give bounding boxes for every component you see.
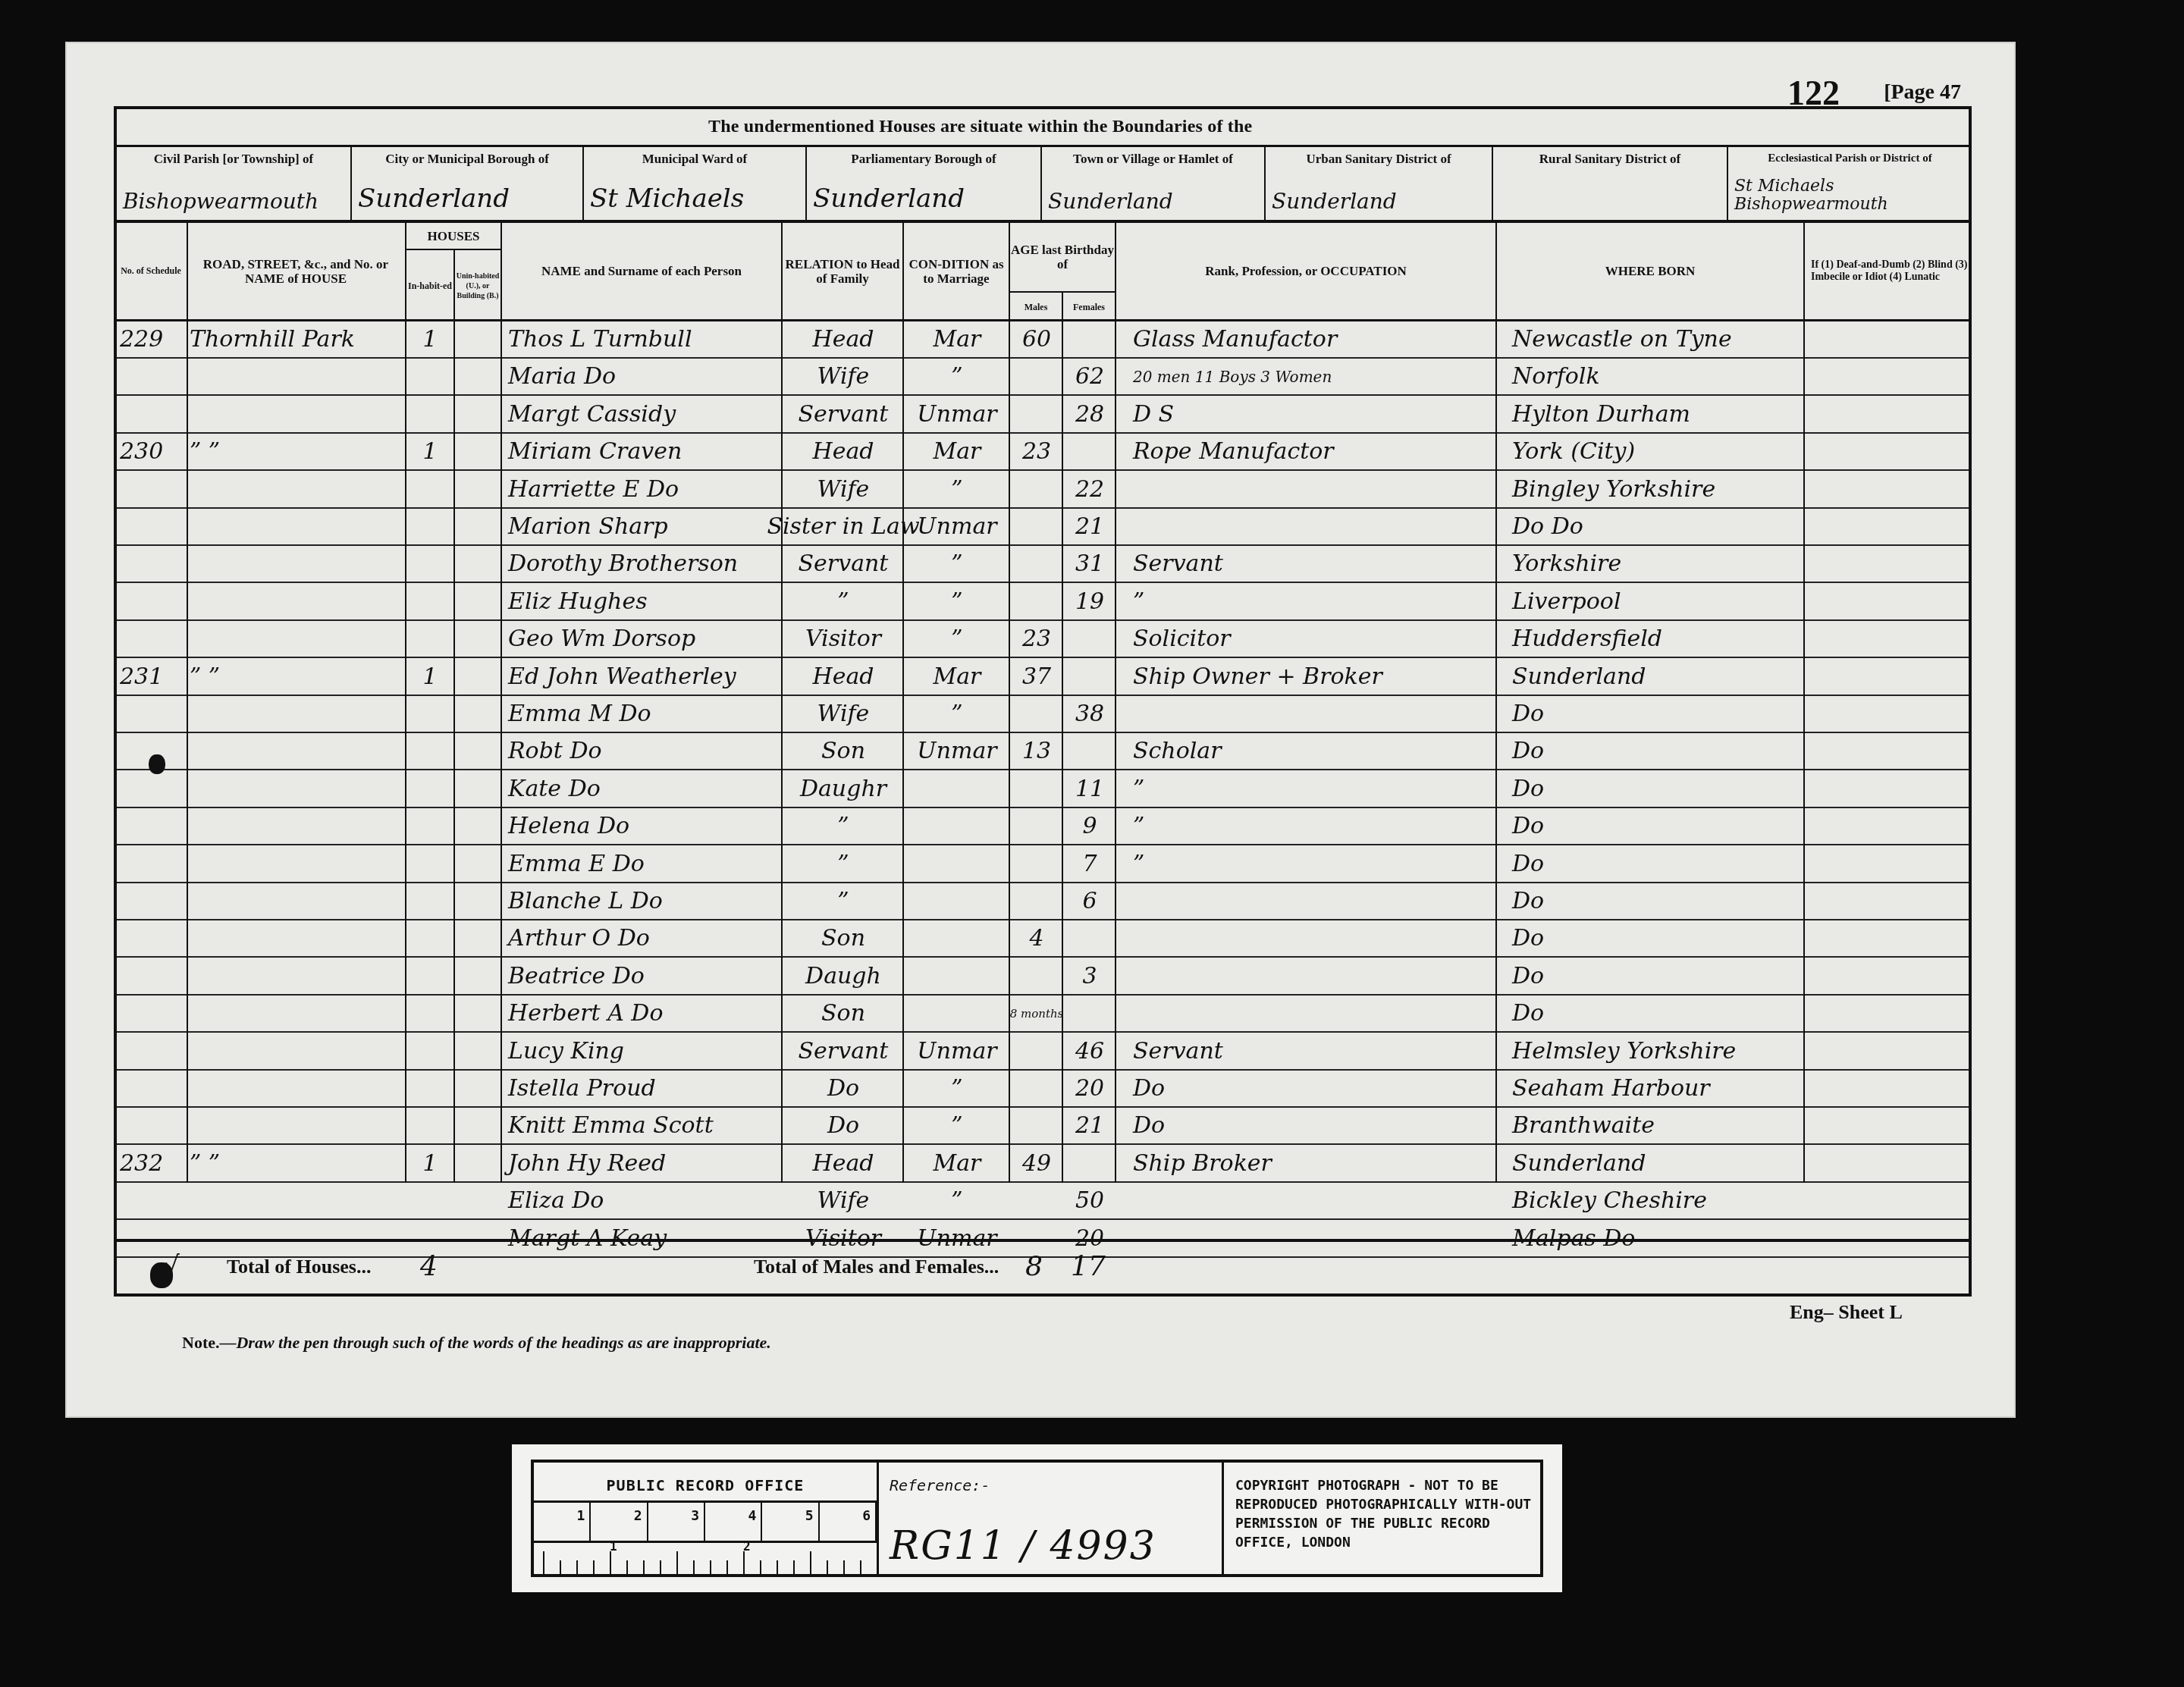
cell-occupation: D S <box>1133 397 1489 432</box>
cell-where-born: Yorkshire <box>1512 546 1803 582</box>
district-value: St Michaels Bishopwearmouth <box>1734 177 1969 214</box>
cell-schedule <box>120 1108 185 1143</box>
column-divider <box>500 223 502 1183</box>
table-row: Marion SharpSister in LawUnmar21Do Do <box>117 509 1969 546</box>
cell-occupation <box>1133 472 1489 507</box>
cell-female-age <box>1065 1146 1115 1181</box>
cell-schedule <box>120 397 185 432</box>
reference-label: Reference:- <box>890 1476 990 1494</box>
ruler-tick <box>843 1560 845 1574</box>
cell-road <box>190 696 402 732</box>
cell-condition <box>905 771 1009 807</box>
district-value: St Michaels <box>590 183 802 214</box>
cell-schedule <box>120 1071 185 1106</box>
reference-box: Reference:- RG11 / 4993 <box>879 1463 1224 1574</box>
cell-condition: Mar <box>905 434 1009 469</box>
table-row: Beatrice DoDaugh3Do <box>117 958 1969 996</box>
cell-male-age: 37 <box>1012 659 1062 695</box>
cell-name: Thos L Turnbull <box>508 321 781 357</box>
cell-schedule <box>120 621 185 657</box>
cell-road <box>190 996 402 1031</box>
table-row: Lucy KingServantUnmar46ServantHelmsley Y… <box>117 1033 1969 1071</box>
cell-male-age: 4 <box>1012 920 1062 956</box>
ruler-tick <box>643 1560 645 1574</box>
column-divider <box>453 250 455 1183</box>
cell-inhabited: 1 <box>406 321 453 357</box>
cell-occupation: ” <box>1133 584 1489 619</box>
cell-relation: ” <box>784 846 902 882</box>
cell-condition: Unmar <box>905 397 1009 432</box>
cell-schedule <box>120 359 185 394</box>
cell-relation: Wife <box>784 696 902 732</box>
cell-name: Miriam Craven <box>508 434 781 469</box>
cell-occupation: Do <box>1133 1071 1489 1106</box>
cell-name: Maria Do <box>508 359 781 394</box>
cell-inhabited <box>406 546 453 582</box>
district-value: Sunderland <box>1048 189 1261 214</box>
ink-blot <box>149 754 165 774</box>
office-name: PUBLIC RECORD OFFICE <box>534 1476 877 1503</box>
header-condition: CON-DITION as to Marriage <box>904 223 1009 319</box>
cell-male-age <box>1012 696 1062 732</box>
cell-relation: Son <box>784 920 902 956</box>
cell-male-age <box>1012 958 1062 994</box>
copyright-notice: COPYRIGHT PHOTOGRAPH - NOT TO BE REPRODU… <box>1235 1476 1539 1552</box>
cell-name: Arthur O Do <box>508 920 781 956</box>
cell-occupation <box>1133 509 1489 544</box>
ruler-cm-mark: 5 <box>762 1503 819 1541</box>
cell-relation: Sister in Law <box>784 509 902 544</box>
cell-condition: Unmar <box>905 509 1009 544</box>
table-row: Knitt Emma ScottDo”21DoBranthwaite <box>117 1108 1969 1145</box>
cell-condition: ” <box>905 1071 1009 1106</box>
header-males: Males <box>1010 291 1062 321</box>
district-municipal-borough: City or Municipal Borough of Sunderland <box>352 147 584 220</box>
cell-schedule <box>120 920 185 956</box>
cell-male-age: 60 <box>1012 321 1062 357</box>
cell-road <box>190 808 402 844</box>
ruler-tick <box>860 1560 861 1574</box>
cell-relation: Wife <box>784 472 902 507</box>
district-parliamentary-borough: Parliamentary Borough of Sunderland <box>807 147 1042 220</box>
ruler-inch-mark: 1 <box>610 1539 617 1554</box>
column-divider <box>1803 223 1805 1183</box>
cell-condition: ” <box>905 472 1009 507</box>
cell-male-age <box>1012 472 1062 507</box>
total-houses-inhabited: 4 <box>420 1251 438 1282</box>
column-divider <box>902 223 904 1183</box>
cell-occupation: Scholar <box>1133 733 1489 769</box>
cell-occupation: ” <box>1133 771 1489 807</box>
cell-female-age: 38 <box>1065 696 1115 732</box>
census-table: The undermentioned Houses are situate wi… <box>114 106 1972 1297</box>
district-municipal-ward: Municipal Ward of St Michaels <box>584 147 807 220</box>
ruler-tick <box>610 1551 611 1574</box>
cell-condition: Unmar <box>905 733 1009 769</box>
district-label: Civil Parish [or Township] of <box>117 152 350 166</box>
cell-inhabited: 1 <box>406 1146 453 1181</box>
cell-name: Kate Do <box>508 771 781 807</box>
cell-schedule <box>120 808 185 844</box>
table-row: Eliza DoWife”50Bickley Cheshire <box>117 1183 1969 1220</box>
cell-condition: ” <box>905 621 1009 657</box>
cell-where-born: Sunderland <box>1512 1146 1803 1181</box>
ink-blot <box>150 1262 173 1288</box>
cell-occupation: Solicitor <box>1133 621 1489 657</box>
cell-road <box>190 1183 402 1218</box>
header-name: NAME and Surname of each Person <box>502 223 781 319</box>
cell-occupation <box>1133 696 1489 732</box>
cell-female-age <box>1065 321 1115 357</box>
cell-condition <box>905 808 1009 844</box>
cell-occupation: Glass Manufactor <box>1133 321 1489 357</box>
cell-male-age <box>1012 397 1062 432</box>
cell-name: Herbert A Do <box>508 996 781 1031</box>
column-divider <box>187 223 188 1183</box>
cell-schedule <box>120 996 185 1031</box>
cell-condition: ” <box>905 359 1009 394</box>
folio-number: 122 <box>1787 73 1840 113</box>
cell-female-age: 19 <box>1065 584 1115 619</box>
record-office-label-card: PUBLIC RECORD OFFICE 123456 12 Reference… <box>512 1444 1562 1592</box>
cell-occupation <box>1133 920 1489 956</box>
cell-occupation: Ship Owner + Broker <box>1133 659 1489 695</box>
cell-road <box>190 771 402 807</box>
cell-where-born: Do Do <box>1512 509 1803 544</box>
table-row: Maria DoWife”6220 men 11 Boys 3 WomenNor… <box>117 359 1969 396</box>
cell-name: Emma E Do <box>508 846 781 882</box>
cell-road <box>190 883 402 919</box>
cell-inhabited <box>406 397 453 432</box>
district-rural-sanitary: Rural Sanitary District of <box>1493 147 1728 220</box>
footnote-prefix: Note.— <box>182 1333 236 1352</box>
cell-where-born: Do <box>1512 883 1803 919</box>
cell-occupation: Servant <box>1133 546 1489 582</box>
cell-female-age: 22 <box>1065 472 1115 507</box>
cell-schedule <box>120 696 185 732</box>
column-divider <box>1062 291 1063 1183</box>
cell-where-born: Bickley Cheshire <box>1512 1183 1803 1218</box>
table-row: Eliz Hughes””19”Liverpool <box>117 584 1969 621</box>
cell-condition: Mar <box>905 1146 1009 1181</box>
table-row: Istella ProudDo”20DoSeaham Harbour <box>117 1071 1969 1108</box>
cell-condition: Mar <box>905 321 1009 357</box>
footnote-text: Draw the pen through such of the words o… <box>236 1333 770 1352</box>
cell-male-age <box>1012 509 1062 544</box>
table-row: Blanche L Do”6Do <box>117 883 1969 920</box>
totals-row: √ Total of Houses... 4 Total of Males an… <box>117 1239 1969 1293</box>
cell-male-age: 23 <box>1012 621 1062 657</box>
cell-relation: Do <box>784 1071 902 1106</box>
cell-occupation <box>1133 958 1489 994</box>
cell-relation: Visitor <box>784 621 902 657</box>
cell-female-age <box>1065 621 1115 657</box>
cell-female-age: 46 <box>1065 1033 1115 1069</box>
column-divider <box>1115 223 1116 1183</box>
header-occupation: Rank, Profession, or OCCUPATION <box>1116 223 1495 319</box>
cell-where-born: Do <box>1512 696 1803 732</box>
table-row: Helena Do”9”Do <box>117 808 1969 845</box>
cell-where-born: Bingley Yorkshire <box>1512 472 1803 507</box>
cell-inhabited: 1 <box>406 434 453 469</box>
ruler-tick <box>726 1560 728 1574</box>
cell-road <box>190 621 402 657</box>
ruler-tick <box>593 1560 595 1574</box>
cell-schedule <box>120 1033 185 1069</box>
cell-inhabited <box>406 920 453 956</box>
cell-occupation: ” <box>1133 808 1489 844</box>
cell-occupation: ” <box>1133 846 1489 882</box>
header-where-born: WHERE BORN <box>1497 223 1803 319</box>
cell-male-age <box>1012 771 1062 807</box>
ruler-tick <box>743 1551 745 1574</box>
cell-road <box>190 1071 402 1106</box>
cell-condition: ” <box>905 696 1009 732</box>
header-uninhabited: Unin-habited (U.), or Building (B.) <box>455 250 500 321</box>
ruler-inches: 12 <box>534 1539 877 1574</box>
cell-schedule <box>120 509 185 544</box>
cell-occupation: Servant <box>1133 1033 1489 1069</box>
ruler-centimetres: 123456 <box>534 1503 877 1543</box>
district-urban-sanitary: Urban Sanitary District of Sunderland <box>1266 147 1493 220</box>
cell-relation: Servant <box>784 546 902 582</box>
cell-inhabited <box>406 472 453 507</box>
cell-female-age: 31 <box>1065 546 1115 582</box>
cell-schedule: 230 <box>120 434 185 469</box>
cell-occupation <box>1133 996 1489 1031</box>
cell-schedule: 229 <box>120 321 185 357</box>
cell-female-age: 28 <box>1065 397 1115 432</box>
cell-name: Knitt Emma Scott <box>508 1108 781 1143</box>
district-value: Bishopwearmouth <box>123 189 347 214</box>
cell-female-age: 11 <box>1065 771 1115 807</box>
cell-inhabited <box>406 808 453 844</box>
cell-female-age: 21 <box>1065 509 1115 544</box>
cell-where-born: Do <box>1512 771 1803 807</box>
cell-relation: Son <box>784 996 902 1031</box>
header-inhabited: In-habit-ed <box>406 250 453 321</box>
document-title: The undermentioned Houses are situate wi… <box>708 117 1252 137</box>
cell-male-age: 49 <box>1012 1146 1062 1181</box>
column-header-row: No. of Schedule ROAD, STREET, &c., and N… <box>117 223 1969 321</box>
ruler-tick <box>660 1560 661 1574</box>
cell-road: ” ” <box>190 659 402 695</box>
column-divider <box>781 223 783 1183</box>
cell-schedule <box>120 883 185 919</box>
cell-male-age <box>1012 1183 1062 1218</box>
ruler-tick <box>543 1551 544 1574</box>
column-divider <box>1495 223 1497 1183</box>
header-houses: HOUSES <box>406 223 500 250</box>
header-age: AGE last Birthday of <box>1010 223 1115 291</box>
table-row: 232” ”1John Hy ReedHeadMar49Ship BrokerS… <box>117 1146 1969 1183</box>
cell-where-born: York (City) <box>1512 434 1803 469</box>
ruler-tick <box>777 1560 778 1574</box>
cell-schedule <box>120 771 185 807</box>
cell-male-age: 8 months <box>1012 996 1062 1031</box>
cell-male-age <box>1012 1108 1062 1143</box>
cell-road: ” ” <box>190 434 402 469</box>
cell-male-age <box>1012 883 1062 919</box>
footnote: Note.—Draw the pen through such of the w… <box>182 1333 771 1353</box>
cell-road <box>190 546 402 582</box>
cell-female-age: 7 <box>1065 846 1115 882</box>
cell-where-born: Seaham Harbour <box>1512 1071 1803 1106</box>
cell-female-age: 50 <box>1065 1183 1115 1218</box>
cell-male-age <box>1012 808 1062 844</box>
cell-where-born: Do <box>1512 920 1803 956</box>
cell-schedule: 232 <box>120 1146 185 1181</box>
ruler-tick <box>760 1560 761 1574</box>
cell-schedule <box>120 584 185 619</box>
cell-name: Dorothy Brotherson <box>508 546 781 582</box>
cell-where-born: Huddersfield <box>1512 621 1803 657</box>
ruler-tick <box>560 1560 561 1574</box>
cell-inhabited <box>406 621 453 657</box>
cell-occupation: Do <box>1133 1108 1489 1143</box>
cell-female-age: 21 <box>1065 1108 1115 1143</box>
header-road: ROAD, STREET, &c., and No. or NAME of HO… <box>187 223 405 319</box>
cell-name: Helena Do <box>508 808 781 844</box>
cell-male-age <box>1012 1071 1062 1106</box>
table-row: 229Thornhill Park1Thos L TurnbullHeadMar… <box>117 321 1969 359</box>
cell-name: Lucy King <box>508 1033 781 1069</box>
cell-schedule <box>120 846 185 882</box>
header-females: Females <box>1063 291 1115 321</box>
page-label: [Page 47 <box>1884 80 1961 105</box>
cell-condition <box>905 883 1009 919</box>
ruler-tick <box>693 1560 695 1574</box>
cell-where-born: Hylton Durham <box>1512 397 1803 432</box>
district-label: Urban Sanitary District of <box>1266 152 1492 166</box>
cell-relation: Head <box>784 434 902 469</box>
cell-condition: ” <box>905 1108 1009 1143</box>
cell-female-age: 9 <box>1065 808 1115 844</box>
ruler-tick <box>810 1551 811 1574</box>
cell-schedule <box>120 1183 185 1218</box>
cell-male-age <box>1012 584 1062 619</box>
cell-condition <box>905 920 1009 956</box>
ruler-tick <box>710 1560 711 1574</box>
header-infirmity: If (1) Deaf-and-Dumb (2) Blind (3) Imbec… <box>1805 223 1972 319</box>
cell-relation: Head <box>784 1146 902 1181</box>
ruler-cm-mark: 3 <box>648 1503 705 1541</box>
table-row: Emma M DoWife”38Do <box>117 696 1969 733</box>
district-ecclesiastical: Ecclesiastical Parish or District of St … <box>1728 147 1972 220</box>
district-value: Sunderland <box>813 183 1037 214</box>
cell-where-born: Do <box>1512 846 1803 882</box>
cell-relation: Servant <box>784 397 902 432</box>
cell-road <box>190 397 402 432</box>
ruler-inch-mark: 2 <box>743 1539 751 1554</box>
cell-inhabited <box>406 1033 453 1069</box>
cell-road <box>190 1108 402 1143</box>
district-label: Municipal Ward of <box>584 152 805 166</box>
cell-male-age <box>1012 1033 1062 1069</box>
cell-female-age: 62 <box>1065 359 1115 394</box>
column-divider <box>1009 223 1010 1183</box>
cell-relation: Wife <box>784 359 902 394</box>
ruler-tick <box>676 1551 678 1574</box>
cell-female-age: 6 <box>1065 883 1115 919</box>
cell-where-born: Sunderland <box>1512 659 1803 695</box>
cell-occupation: Rope Manufactor <box>1133 434 1489 469</box>
cell-relation: ” <box>784 808 902 844</box>
cell-inhabited <box>406 1071 453 1106</box>
cell-road <box>190 920 402 956</box>
table-row: Dorothy BrothersonServant”31ServantYorks… <box>117 546 1969 583</box>
ruler-cm-mark: 4 <box>705 1503 762 1541</box>
cell-condition <box>905 958 1009 994</box>
cell-where-born: Do <box>1512 958 1803 994</box>
label-card-frame: PUBLIC RECORD OFFICE 123456 12 Reference… <box>531 1460 1543 1577</box>
cell-occupation: 20 men 11 Boys 3 Women <box>1133 359 1489 394</box>
cell-male-age: 23 <box>1012 434 1062 469</box>
cell-inhabited <box>406 996 453 1031</box>
table-row: Geo Wm DorsopVisitor”23SolicitorHuddersf… <box>117 621 1969 658</box>
cell-condition <box>905 846 1009 882</box>
table-row: Herbert A DoSon8 monthsDo <box>117 996 1969 1033</box>
cell-where-born: Do <box>1512 733 1803 769</box>
district-label: City or Municipal Borough of <box>352 152 582 166</box>
district-value: Sunderland <box>1272 189 1489 214</box>
header-relation: RELATION to Head of Family <box>783 223 902 319</box>
cell-road <box>190 584 402 619</box>
cell-road <box>190 509 402 544</box>
cell-male-age <box>1012 846 1062 882</box>
cell-inhabited: 1 <box>406 659 453 695</box>
cell-female-age <box>1065 733 1115 769</box>
cell-where-born: Do <box>1512 996 1803 1031</box>
cell-schedule <box>120 546 185 582</box>
cell-road: Thornhill Park <box>190 321 402 357</box>
cell-condition: Unmar <box>905 1033 1009 1069</box>
table-row: 230” ”1Miriam CravenHeadMar23Rope Manufa… <box>117 434 1969 471</box>
sheet-label: Eng– Sheet L <box>1790 1301 1903 1324</box>
title-row: The undermentioned Houses are situate wi… <box>117 109 1969 147</box>
cell-male-age <box>1012 359 1062 394</box>
cell-where-born: Norfolk <box>1512 359 1803 394</box>
cell-name: Robt Do <box>508 733 781 769</box>
cell-road: ” ” <box>190 1146 402 1181</box>
cell-where-born: Newcastle on Tyne <box>1512 321 1803 357</box>
cell-where-born: Liverpool <box>1512 584 1803 619</box>
cell-inhabited <box>406 771 453 807</box>
table-row: Margt CassidyServantUnmar28D SHylton Dur… <box>117 397 1969 434</box>
cell-inhabited <box>406 1108 453 1143</box>
cell-name: Eliza Do <box>508 1183 781 1218</box>
cell-where-born: Do <box>1512 808 1803 844</box>
header-schedule: No. of Schedule <box>117 223 185 319</box>
cell-name: Istella Proud <box>508 1071 781 1106</box>
cell-name: Margt Cassidy <box>508 397 781 432</box>
cell-female-age <box>1065 920 1115 956</box>
cell-inhabited <box>406 509 453 544</box>
district-header-row: Civil Parish [or Township] of Bishopwear… <box>117 147 1969 223</box>
cell-inhabited <box>406 846 453 882</box>
total-females: 17 <box>1071 1251 1106 1282</box>
cell-relation: Do <box>784 1108 902 1143</box>
cell-road <box>190 472 402 507</box>
total-persons-label: Total of Males and Females... <box>754 1256 999 1278</box>
cell-condition <box>905 996 1009 1031</box>
cell-where-born: Branthwaite <box>1512 1108 1803 1143</box>
cell-road <box>190 733 402 769</box>
cell-name: Beatrice Do <box>508 958 781 994</box>
cell-relation: Daughr <box>784 771 902 807</box>
cell-relation: Son <box>784 733 902 769</box>
district-label: Town or Village or Hamlet of <box>1042 152 1264 166</box>
